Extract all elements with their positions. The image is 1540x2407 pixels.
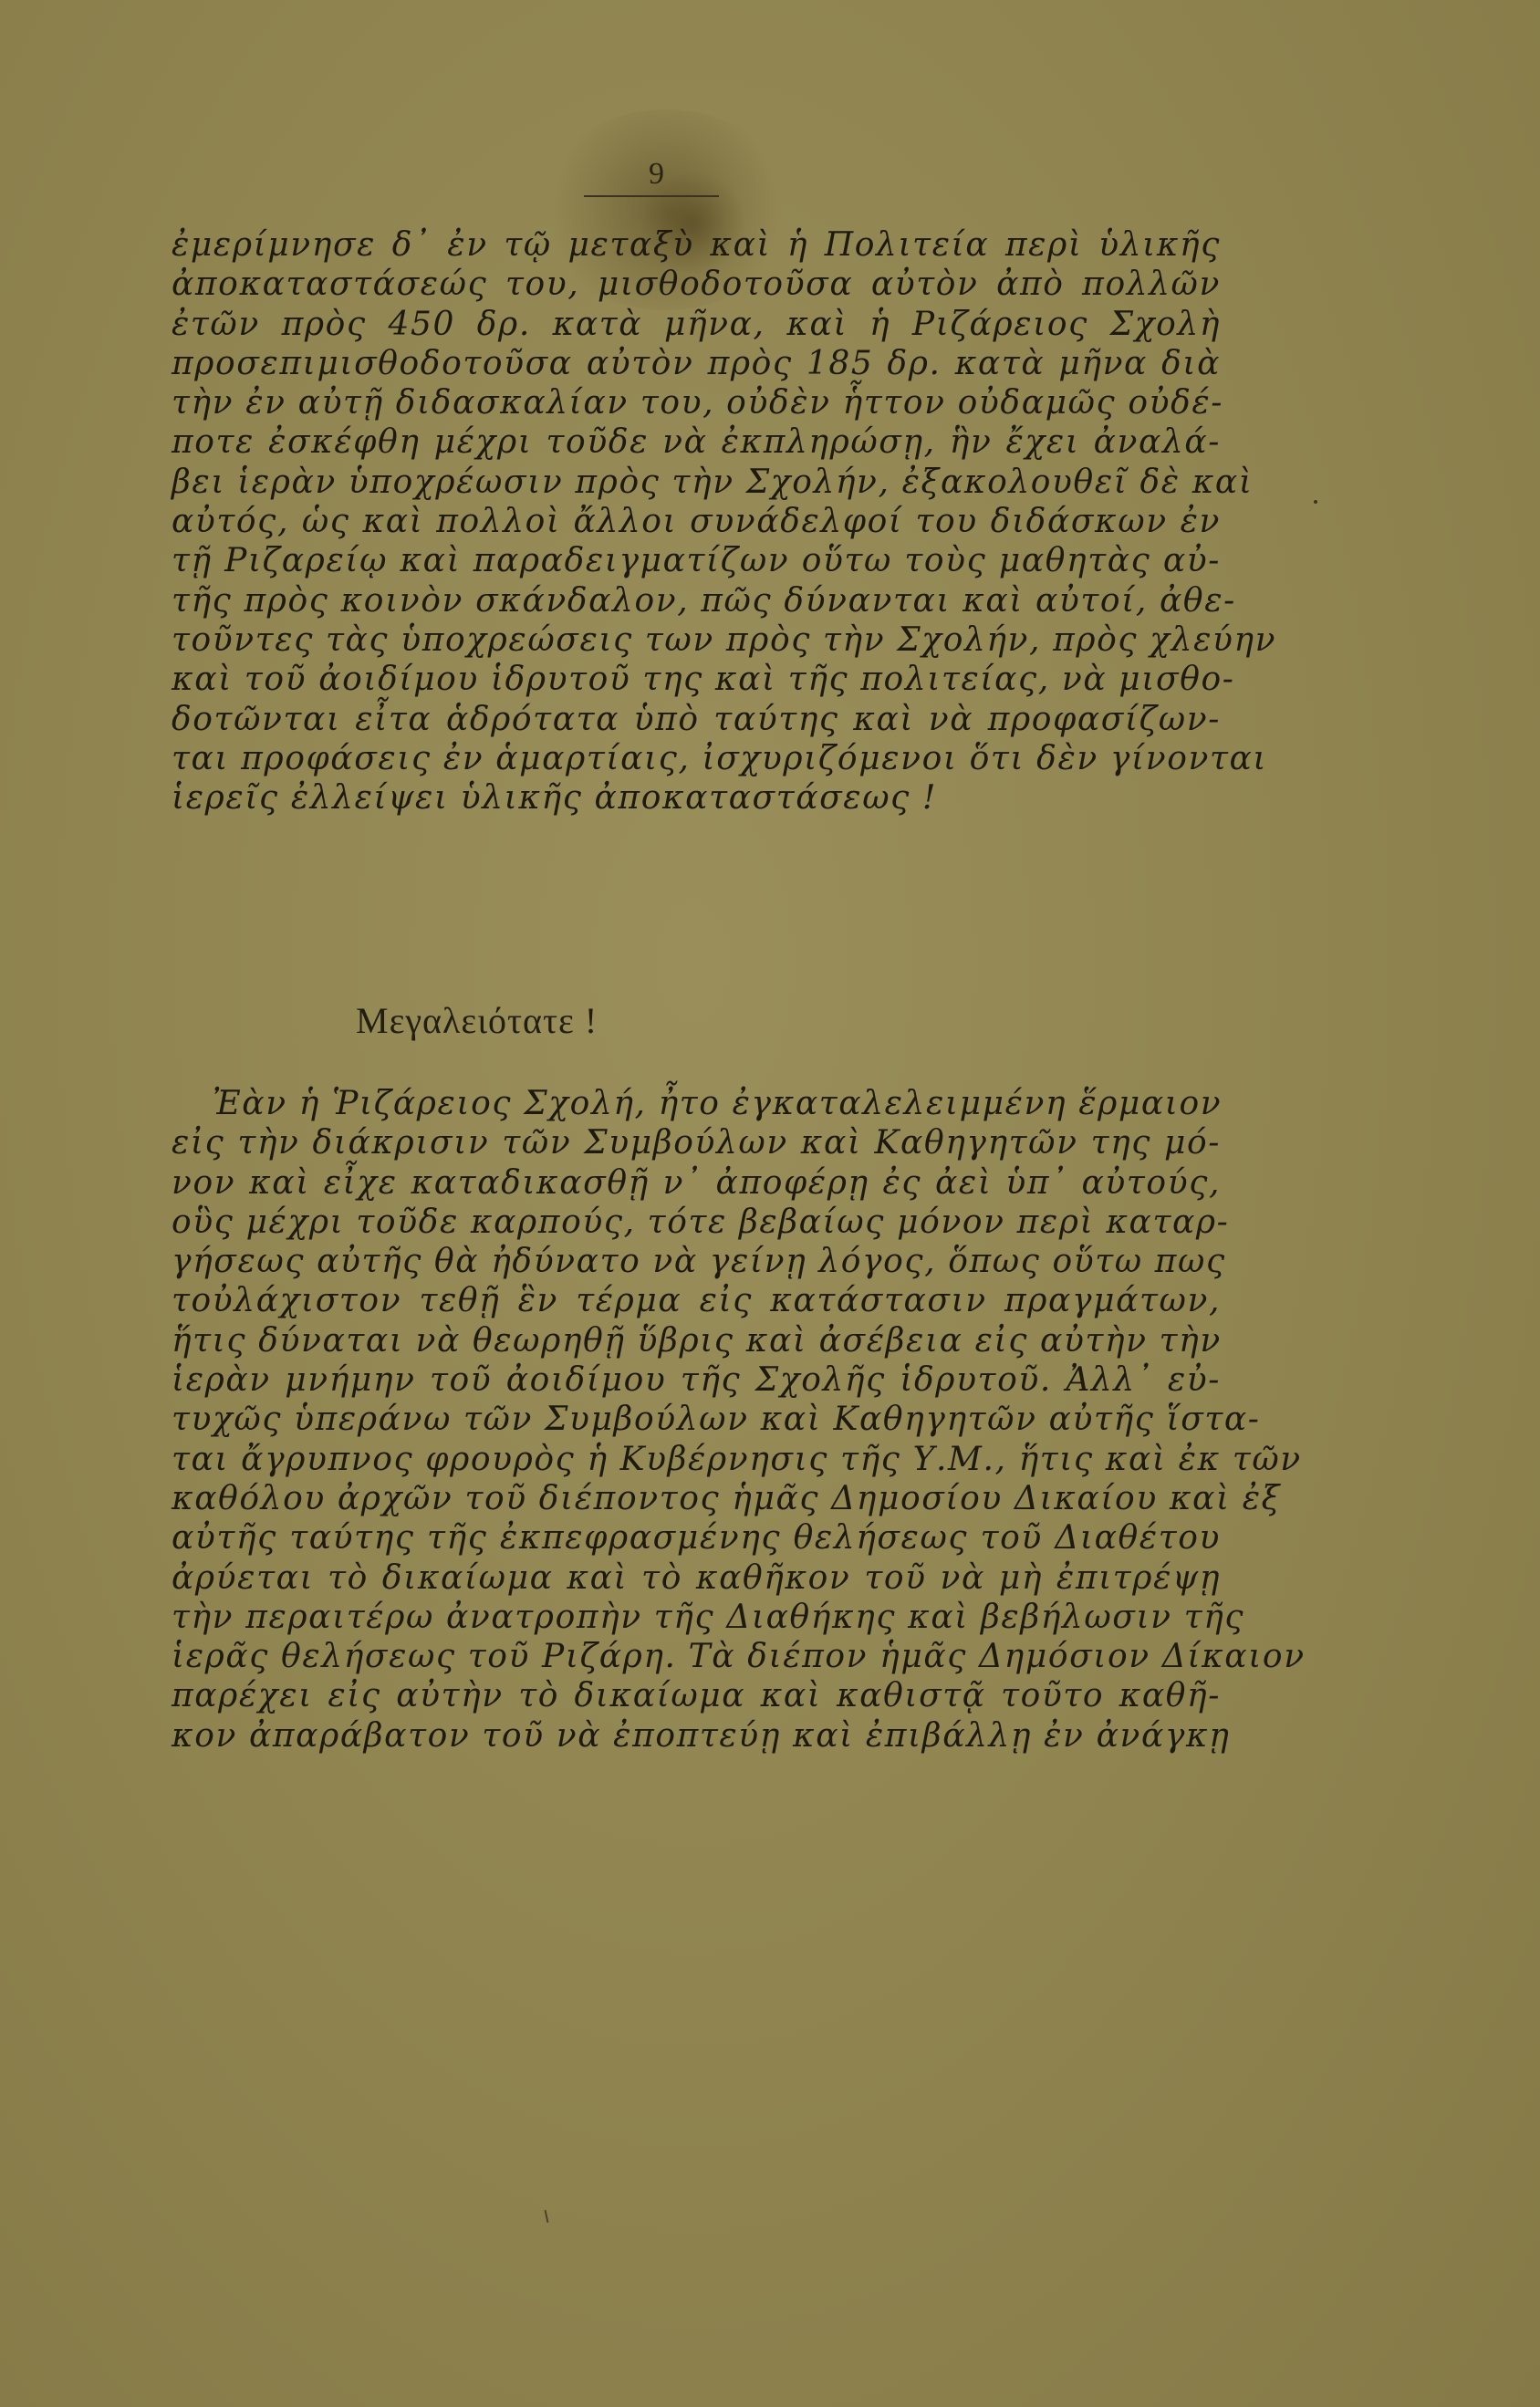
text-line: τοῦντες τὰς ὑποχρεώσεις των πρὸς τὴν Σχο… <box>172 620 1221 660</box>
text-line: ἀρύεται τὸ δικαίωμα καὶ τὸ καθῆκον τοῦ ν… <box>172 1558 1221 1598</box>
document-page: 9 ἐμερίμνησε δ᾽ ἐν τῷ μεταξὺ καὶ ἡ Πολιτ… <box>0 0 1540 2407</box>
text-line: ἥτις δύναται νὰ θεωρηθῇ ὕβρις καὶ ἀσέβει… <box>172 1321 1221 1360</box>
text-line: τῆς πρὸς κοινὸν σκάνδαλον, πῶς δύνανται … <box>172 581 1221 620</box>
margin-speck <box>1314 500 1317 504</box>
paragraph-body: Ἐὰν ἡ Ῥιζάρειος Σχολή, ἦτο ἐγκαταλελειμμ… <box>172 1084 1221 1756</box>
text-line: γήσεως αὐτῆς θὰ ἠδύνατο νὰ γείνῃ λόγος, … <box>172 1242 1221 1281</box>
text-line: ἐτῶν πρὸς 450 δρ. κατὰ μῆνα, καὶ ἡ Ριζάρ… <box>172 305 1221 344</box>
text-line: βει ἱερὰν ὑποχρέωσιν πρὸς τὴν Σχολήν, ἐξ… <box>172 463 1221 502</box>
text-line: δοτῶνται εἶτα ἁδρότατα ὑπὸ ταύτης καὶ νὰ… <box>172 700 1221 739</box>
text-line: οὓς μέχρι τοῦδε καρπούς, τότε βεβαίως μό… <box>172 1203 1221 1242</box>
text-line: ἱερὰν μνήμην τοῦ ἀοιδίμου τῆς Σχολῆς ἱδρ… <box>172 1360 1221 1400</box>
text-line: τυχῶς ὑπεράνω τῶν Συμβούλων καὶ Καθηγητῶ… <box>172 1400 1221 1439</box>
text-line: τοὐλάχιστον τεθῇ ἓν τέρμα εἰς κατάστασιν… <box>172 1281 1221 1320</box>
text-line: νον καὶ εἶχε καταδικασθῇ ν᾽ ἀποφέρῃ ἐς ἀ… <box>172 1163 1221 1203</box>
salutation-heading: Μεγαλειότατε ! <box>356 999 598 1042</box>
text-line: κον ἀπαράβατον τοῦ νὰ ἐποπτεύῃ καὶ ἐπιβά… <box>172 1716 1221 1756</box>
text-line: αὐτῆς ταύτης τῆς ἐκπεφρασμένης θελήσεως … <box>172 1518 1221 1558</box>
text-line: παρέχει εἰς αὐτὴν τὸ δικαίωμα καὶ καθιστ… <box>172 1676 1221 1715</box>
margin-mark <box>545 2210 549 2223</box>
page-number: 9 <box>649 157 664 192</box>
text-line: Ἐὰν ἡ Ῥιζάρειος Σχολή, ἦτο ἐγκαταλελειμμ… <box>172 1084 1221 1123</box>
text-line: ἱερεῖς ἐλλείψει ὑλικῆς ἀποκαταστάσεως ! <box>172 778 1221 818</box>
text-line: ται ἄγρυπνος φρουρὸς ἡ Κυβέρνησις τῆς Υ.… <box>172 1440 1221 1479</box>
text-line: τὴν περαιτέρω ἀνατροπὴν τῆς Διαθήκης καὶ… <box>172 1598 1221 1637</box>
text-line: αὐτός, ὡς καὶ πολλοὶ ἄλλοι συνάδελφοί το… <box>172 502 1221 541</box>
text-line: τὴν ἐν αὐτῇ διδασκαλίαν του, οὐδὲν ἧττον… <box>172 383 1221 422</box>
text-line: ται προφάσεις ἐν ἁμαρτίαις, ἰσχυριζόμενο… <box>172 739 1221 778</box>
text-line: ἀποκαταστάσεώς του, μισθοδοτοῦσα αὐτὸν ἀ… <box>172 265 1221 304</box>
text-line: ἱερᾶς θελήσεως τοῦ Ριζάρη. Τὰ διέπον ἡμᾶ… <box>172 1637 1221 1676</box>
page-number-rule <box>584 195 719 197</box>
text-line: προσεπιμισθοδοτοῦσα αὐτὸν πρὸς 185 δρ. κ… <box>172 344 1221 383</box>
text-line: εἰς τὴν διάκρισιν τῶν Συμβούλων καὶ Καθη… <box>172 1123 1221 1162</box>
text-line: ἐμερίμνησε δ᾽ ἐν τῷ μεταξὺ καὶ ἡ Πολιτεί… <box>172 225 1221 265</box>
text-line: ποτε ἐσκέφθη μέχρι τοῦδε νὰ ἐκπληρώσῃ, ἣ… <box>172 422 1221 462</box>
text-line: τῇ Ριζαρείῳ καὶ παραδειγματίζων οὕτω τοὺ… <box>172 541 1221 580</box>
paragraph-continuation: ἐμερίμνησε δ᾽ ἐν τῷ μεταξὺ καὶ ἡ Πολιτεί… <box>172 225 1221 818</box>
text-line: καὶ τοῦ ἀοιδίμου ἱδρυτοῦ της καὶ τῆς πολ… <box>172 660 1221 699</box>
text-line: καθόλου ἀρχῶν τοῦ διέποντος ἡμᾶς Δημοσίο… <box>172 1479 1221 1518</box>
